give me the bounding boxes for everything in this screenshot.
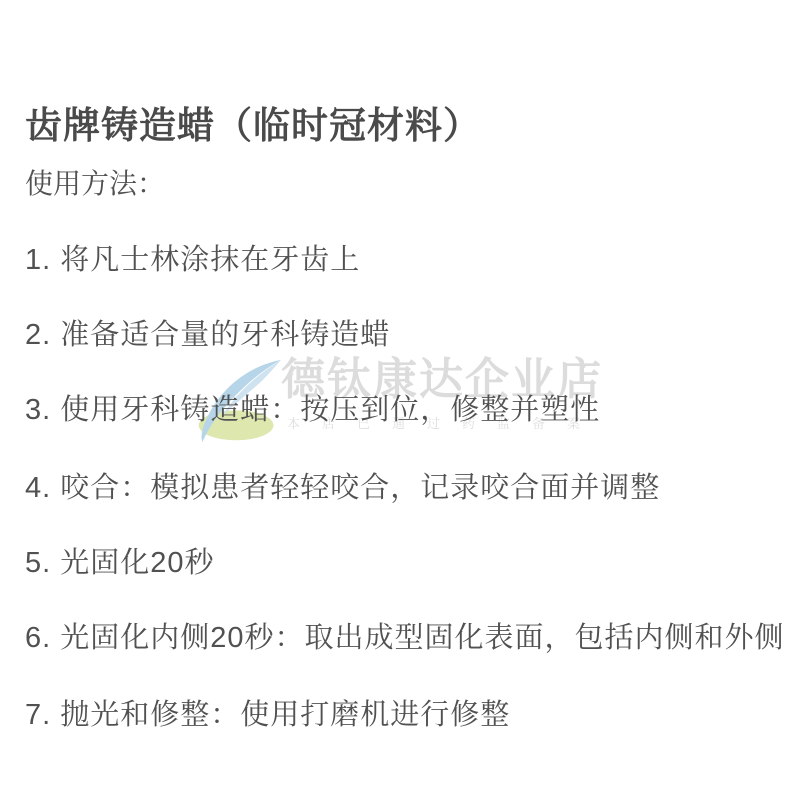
product-instruction-page: 德钛康达企业店 本店已通过药监备案 齿牌铸造蜡（临时冠材料） 使用方法： 1. … xyxy=(0,0,800,800)
usage-step-5: 5. 光固化20秒 xyxy=(25,547,215,579)
instruction-content: 齿牌铸造蜡（临时冠材料） 使用方法： 1. 将凡士林涂抹在牙齿上 2. 准备适合… xyxy=(0,0,800,800)
usage-section-label: 使用方法： xyxy=(25,168,165,200)
usage-step-7: 7. 抛光和修整：使用打磨机进行修整 xyxy=(25,699,510,731)
usage-step-3: 3. 使用牙科铸造蜡：按压到位，修整并塑性 xyxy=(25,394,600,426)
usage-step-4: 4. 咬合：模拟患者轻轻咬合，记录咬合面并调整 xyxy=(25,472,660,504)
product-title: 齿牌铸造蜡（临时冠材料） xyxy=(25,105,481,147)
usage-step-1: 1. 将凡士林涂抹在牙齿上 xyxy=(25,244,360,276)
usage-step-2: 2. 准备适合量的牙科铸造蜡 xyxy=(25,319,390,351)
usage-step-6: 6. 光固化内侧20秒：取出成型固化表面，包括内侧和外侧 xyxy=(25,622,785,654)
